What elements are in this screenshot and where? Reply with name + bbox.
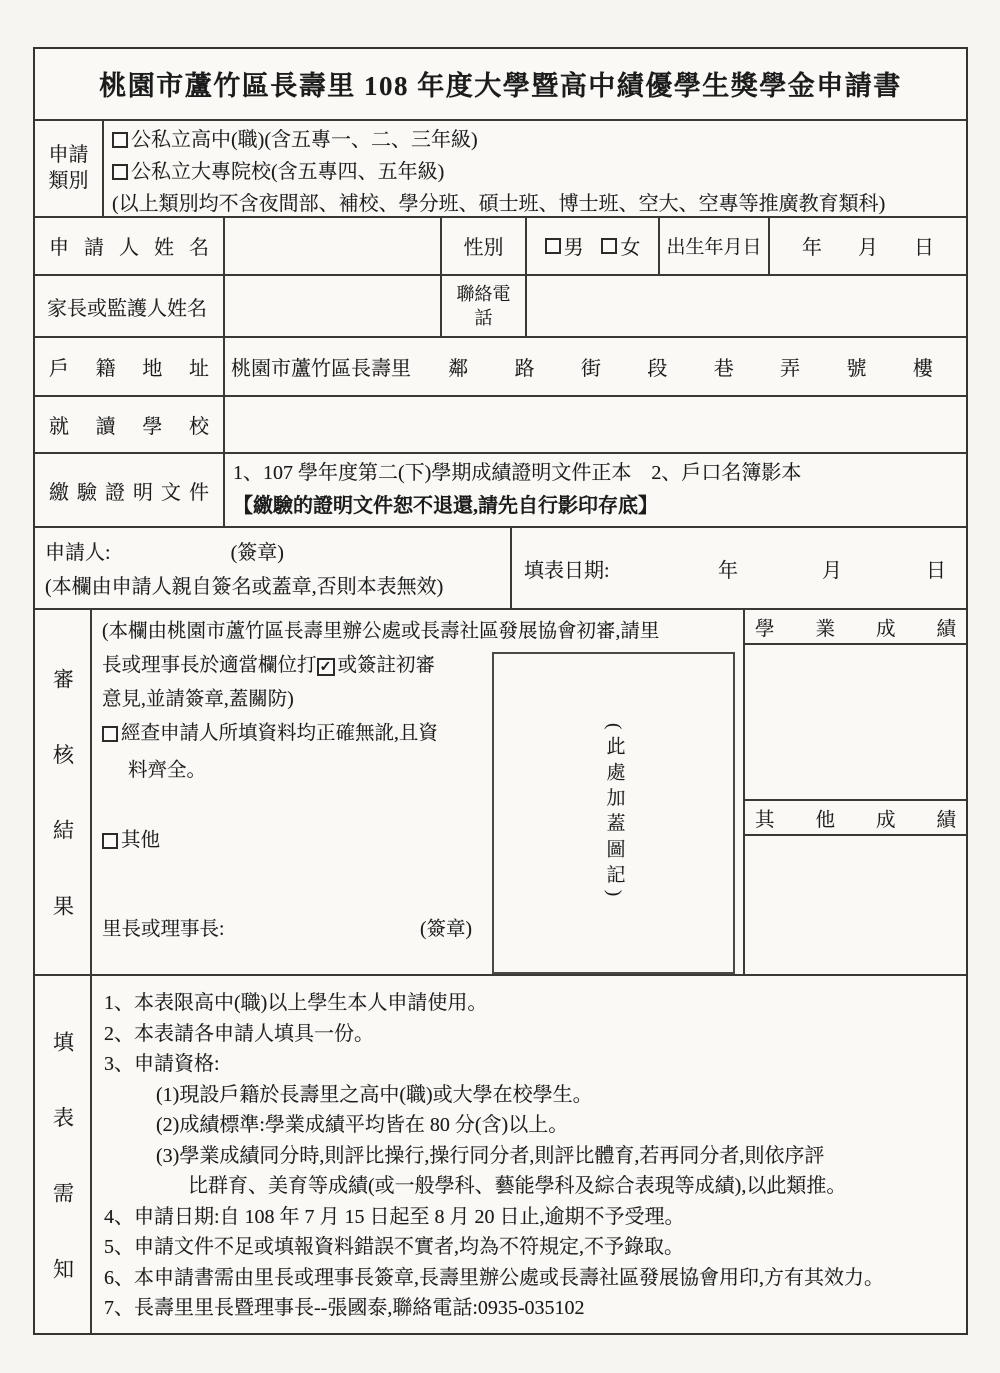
note-item: 比群育、美育等成績(或一般學科、藝能學科及綜合表現等成績),以此類推。 bbox=[104, 1171, 960, 1202]
chief-seal-hint: (簽章) bbox=[420, 913, 472, 947]
address-input-cell[interactable]: 桃園市蘆竹區長壽里 鄰 路 街 段 巷 弄 號 樓 bbox=[225, 338, 966, 394]
form-title: 桃園市蘆竹區長壽里 108 年度大學暨高中績優學生獎學金申請書 bbox=[99, 64, 902, 103]
applicant-name-label: 申請人姓名 bbox=[35, 218, 225, 274]
birth-year-unit: 年 bbox=[802, 231, 822, 260]
phone-input-cell[interactable] bbox=[527, 276, 966, 336]
address-prefix: 桃園市蘆竹區長壽里 bbox=[231, 352, 411, 381]
review-check2: 其他 bbox=[102, 824, 160, 858]
category-note: (以上類別均不含夜間部、補校、學分班、碩士班、博士班、空大、空專等推廣教育類科) bbox=[112, 189, 960, 219]
scanned-application-form-page: 桃園市蘆竹區長壽里 108 年度大學暨高中績優學生獎學金申請書 申請 類別 公私… bbox=[0, 0, 1000, 1373]
applicant-signature-cell[interactable]: 申請人: (簽章) (本欄由申請人親自簽名或蓋章,否則本表無效) bbox=[35, 528, 512, 608]
notes-content: 1、本表限高中(職)以上學生本人申請使用。 2、本表請各申請人填具一份。 3、申… bbox=[92, 976, 966, 1333]
documents-label: 繳驗證明文件 bbox=[35, 454, 225, 526]
review-intro-line2: 長或理事長於適當欄位打✓或簽註初審 bbox=[102, 649, 486, 683]
gender-male-option: 男 bbox=[545, 231, 584, 260]
category-option-highschool: 公私立高中(職)(含五專一、二、三年級) bbox=[112, 125, 478, 155]
documents-line1: 1、107 學年度第二(下)學期成績證明文件正本 2、戶口名簿影本 bbox=[233, 457, 958, 490]
guardian-row: 家長或監護人姓名 聯絡電話 bbox=[35, 276, 966, 338]
note-item: 2、本表請各申請人填具一份。 bbox=[104, 1019, 960, 1050]
note-item: (1)現設戶籍於長壽里之高中(職)或大學在校學生。 bbox=[104, 1080, 960, 1111]
review-section-label: 審核結果 bbox=[35, 610, 92, 974]
notes-row: 填表需知 1、本表限高中(職)以上學生本人申請使用。 2、本表請各申請人填具一份… bbox=[35, 976, 966, 1333]
address-units: 鄰 路 街 段 巷 弄 號 樓 bbox=[411, 352, 956, 381]
note-item: 7、長壽里里長暨理事長--張國泰,聯絡電話:0935-035102 bbox=[104, 1293, 960, 1324]
category-options: 公私立高中(職)(含五專一、二、三年級) 公私立大專院校(含五專四、五年級) (… bbox=[104, 121, 966, 216]
checkbox-male[interactable] bbox=[545, 238, 561, 254]
fill-year-unit: 年 bbox=[718, 554, 738, 583]
checkbox-female[interactable] bbox=[601, 238, 617, 254]
note-item: (3)學業成績同分時,則評比操行,操行同分者,則評比體育,若再同分者,則依序評 bbox=[104, 1141, 960, 1172]
school-input-cell[interactable] bbox=[225, 397, 966, 452]
birthdate-input-cell[interactable]: 年 月 日 bbox=[770, 218, 966, 274]
title-row: 桃園市蘆竹區長壽里 108 年度大學暨高中績優學生獎學金申請書 bbox=[35, 49, 966, 121]
note-item: (2)成績標準:學業成績平均皆在 80 分(含)以上。 bbox=[104, 1110, 960, 1141]
birthdate-label: 出生年月日 bbox=[660, 218, 770, 274]
gender-options: 男 女 bbox=[527, 218, 660, 274]
note-item: 4、申請日期:自 108 年 7 月 15 日起至 8 月 20 日止,逾期不予… bbox=[104, 1202, 960, 1233]
documents-line2: 【繳驗的證明文件恕不退還,請先自行影印存底】 bbox=[233, 490, 958, 523]
checkbox-data-correct[interactable] bbox=[102, 726, 118, 742]
birth-month-unit: 月 bbox=[858, 231, 878, 260]
official-stamp-box: (此處加蓋圖記) bbox=[492, 652, 735, 974]
application-form-table: 桃園市蘆竹區長壽里 108 年度大學暨高中績優學生獎學金申請書 申請 類別 公私… bbox=[33, 47, 968, 1335]
category-option-college: 公私立大專院校(含五專四、五年級) bbox=[112, 157, 444, 187]
other-score-input-cell[interactable] bbox=[745, 836, 966, 974]
review-intro-line3: 意見,並請簽章,蓋關防) bbox=[102, 683, 486, 717]
address-row: 戶籍地址 桃園市蘆竹區長壽里 鄰 路 街 段 巷 弄 號 樓 bbox=[35, 338, 966, 396]
fill-day-unit: 日 bbox=[926, 554, 946, 583]
guardian-name-input-cell[interactable] bbox=[225, 276, 442, 336]
applicant-signature-label: 申請人: bbox=[45, 536, 111, 570]
phone-label: 聯絡電話 bbox=[442, 276, 527, 336]
other-score-header: 其他成績 bbox=[745, 801, 966, 836]
birth-day-unit: 日 bbox=[914, 231, 934, 260]
review-intro-line1: (本欄由桃園市蘆竹區長壽里辦公處或長壽社區發展協會初審,請里 bbox=[102, 615, 735, 649]
academic-score-input-cell[interactable] bbox=[745, 645, 966, 801]
gender-label: 性別 bbox=[442, 218, 527, 274]
seal-hint: (簽章) bbox=[231, 536, 284, 570]
checkbox-college[interactable] bbox=[112, 164, 128, 180]
review-text-column: 長或理事長於適當欄位打✓或簽註初審 意見,並請簽章,蓋關防) 經查申請人所填資料… bbox=[102, 649, 492, 974]
category-row: 申請 類別 公私立高中(職)(含五專一、二、三年級) 公私立大專院校(含五專四、… bbox=[35, 121, 966, 218]
address-label: 戶籍地址 bbox=[35, 338, 225, 394]
chief-label: 里長或理事長: bbox=[102, 913, 224, 947]
documents-row: 繳驗證明文件 1、107 學年度第二(下)學期成績證明文件正本 2、戶口名簿影本… bbox=[35, 454, 966, 528]
checkbox-highschool[interactable] bbox=[112, 132, 128, 148]
school-label: 就讀學校 bbox=[35, 397, 225, 452]
note-item: 5、申請文件不足或填報資料錯誤不實者,均為不符規定,不予錄取。 bbox=[104, 1232, 960, 1263]
academic-score-header: 學業成績 bbox=[745, 610, 966, 645]
signature-note: (本欄由申請人親自簽名或蓋章,否則本表無效) bbox=[45, 570, 500, 604]
note-item: 3、申請資格: bbox=[104, 1049, 960, 1080]
applicant-name-input-cell[interactable] bbox=[225, 218, 442, 274]
notes-section-label: 填表需知 bbox=[35, 976, 92, 1333]
category-label: 申請 類別 bbox=[35, 121, 104, 216]
gender-female-option: 女 bbox=[601, 231, 640, 260]
guardian-name-label: 家長或監護人姓名 bbox=[35, 276, 225, 336]
score-column: 學業成績 其他成績 bbox=[745, 610, 966, 974]
school-row: 就讀學校 bbox=[35, 397, 966, 454]
applicant-name-row: 申請人姓名 性別 男 女 出生年月日 年 月 bbox=[35, 218, 966, 276]
documents-content: 1、107 學年度第二(下)學期成績證明文件正本 2、戶口名簿影本 【繳驗的證明… bbox=[225, 454, 966, 526]
note-item: 1、本表限高中(職)以上學生本人申請使用。 bbox=[104, 988, 960, 1019]
checkbox-other[interactable] bbox=[102, 833, 118, 849]
category-option-highschool-label: 公私立高中(職)(含五專一、二、三年級) bbox=[131, 125, 478, 155]
chief-signature-line[interactable]: 里長或理事長: (簽章) bbox=[102, 913, 486, 947]
fill-date-label: 填表日期: bbox=[524, 554, 610, 583]
review-check1-continuation: 料齊全。 bbox=[102, 754, 486, 788]
checked-checkbox-icon[interactable]: ✓ bbox=[317, 658, 335, 676]
category-option-college-label: 公私立大專院校(含五專四、五年級) bbox=[131, 157, 444, 187]
fill-month-unit: 月 bbox=[822, 554, 842, 583]
fill-date-cell[interactable]: 填表日期: 年 月 日 bbox=[512, 528, 966, 608]
note-item: 6、本申請書需由里長或理事長簽章,長壽里辦公處或長壽社區發展協會用印,方有其效力… bbox=[104, 1263, 960, 1294]
review-check1: 經查申請人所填資料均正確無訛,且資 bbox=[102, 717, 438, 751]
review-row: 審核結果 (本欄由桃園市蘆竹區長壽里辦公處或長壽社區發展協會初審,請里 長或理事… bbox=[35, 610, 966, 976]
signature-row: 申請人: (簽章) (本欄由申請人親自簽名或蓋章,否則本表無效) 填表日期: 年… bbox=[35, 528, 966, 610]
review-content: (本欄由桃園市蘆竹區長壽里辦公處或長壽社區發展協會初審,請里 長或理事長於適當欄… bbox=[92, 610, 745, 974]
